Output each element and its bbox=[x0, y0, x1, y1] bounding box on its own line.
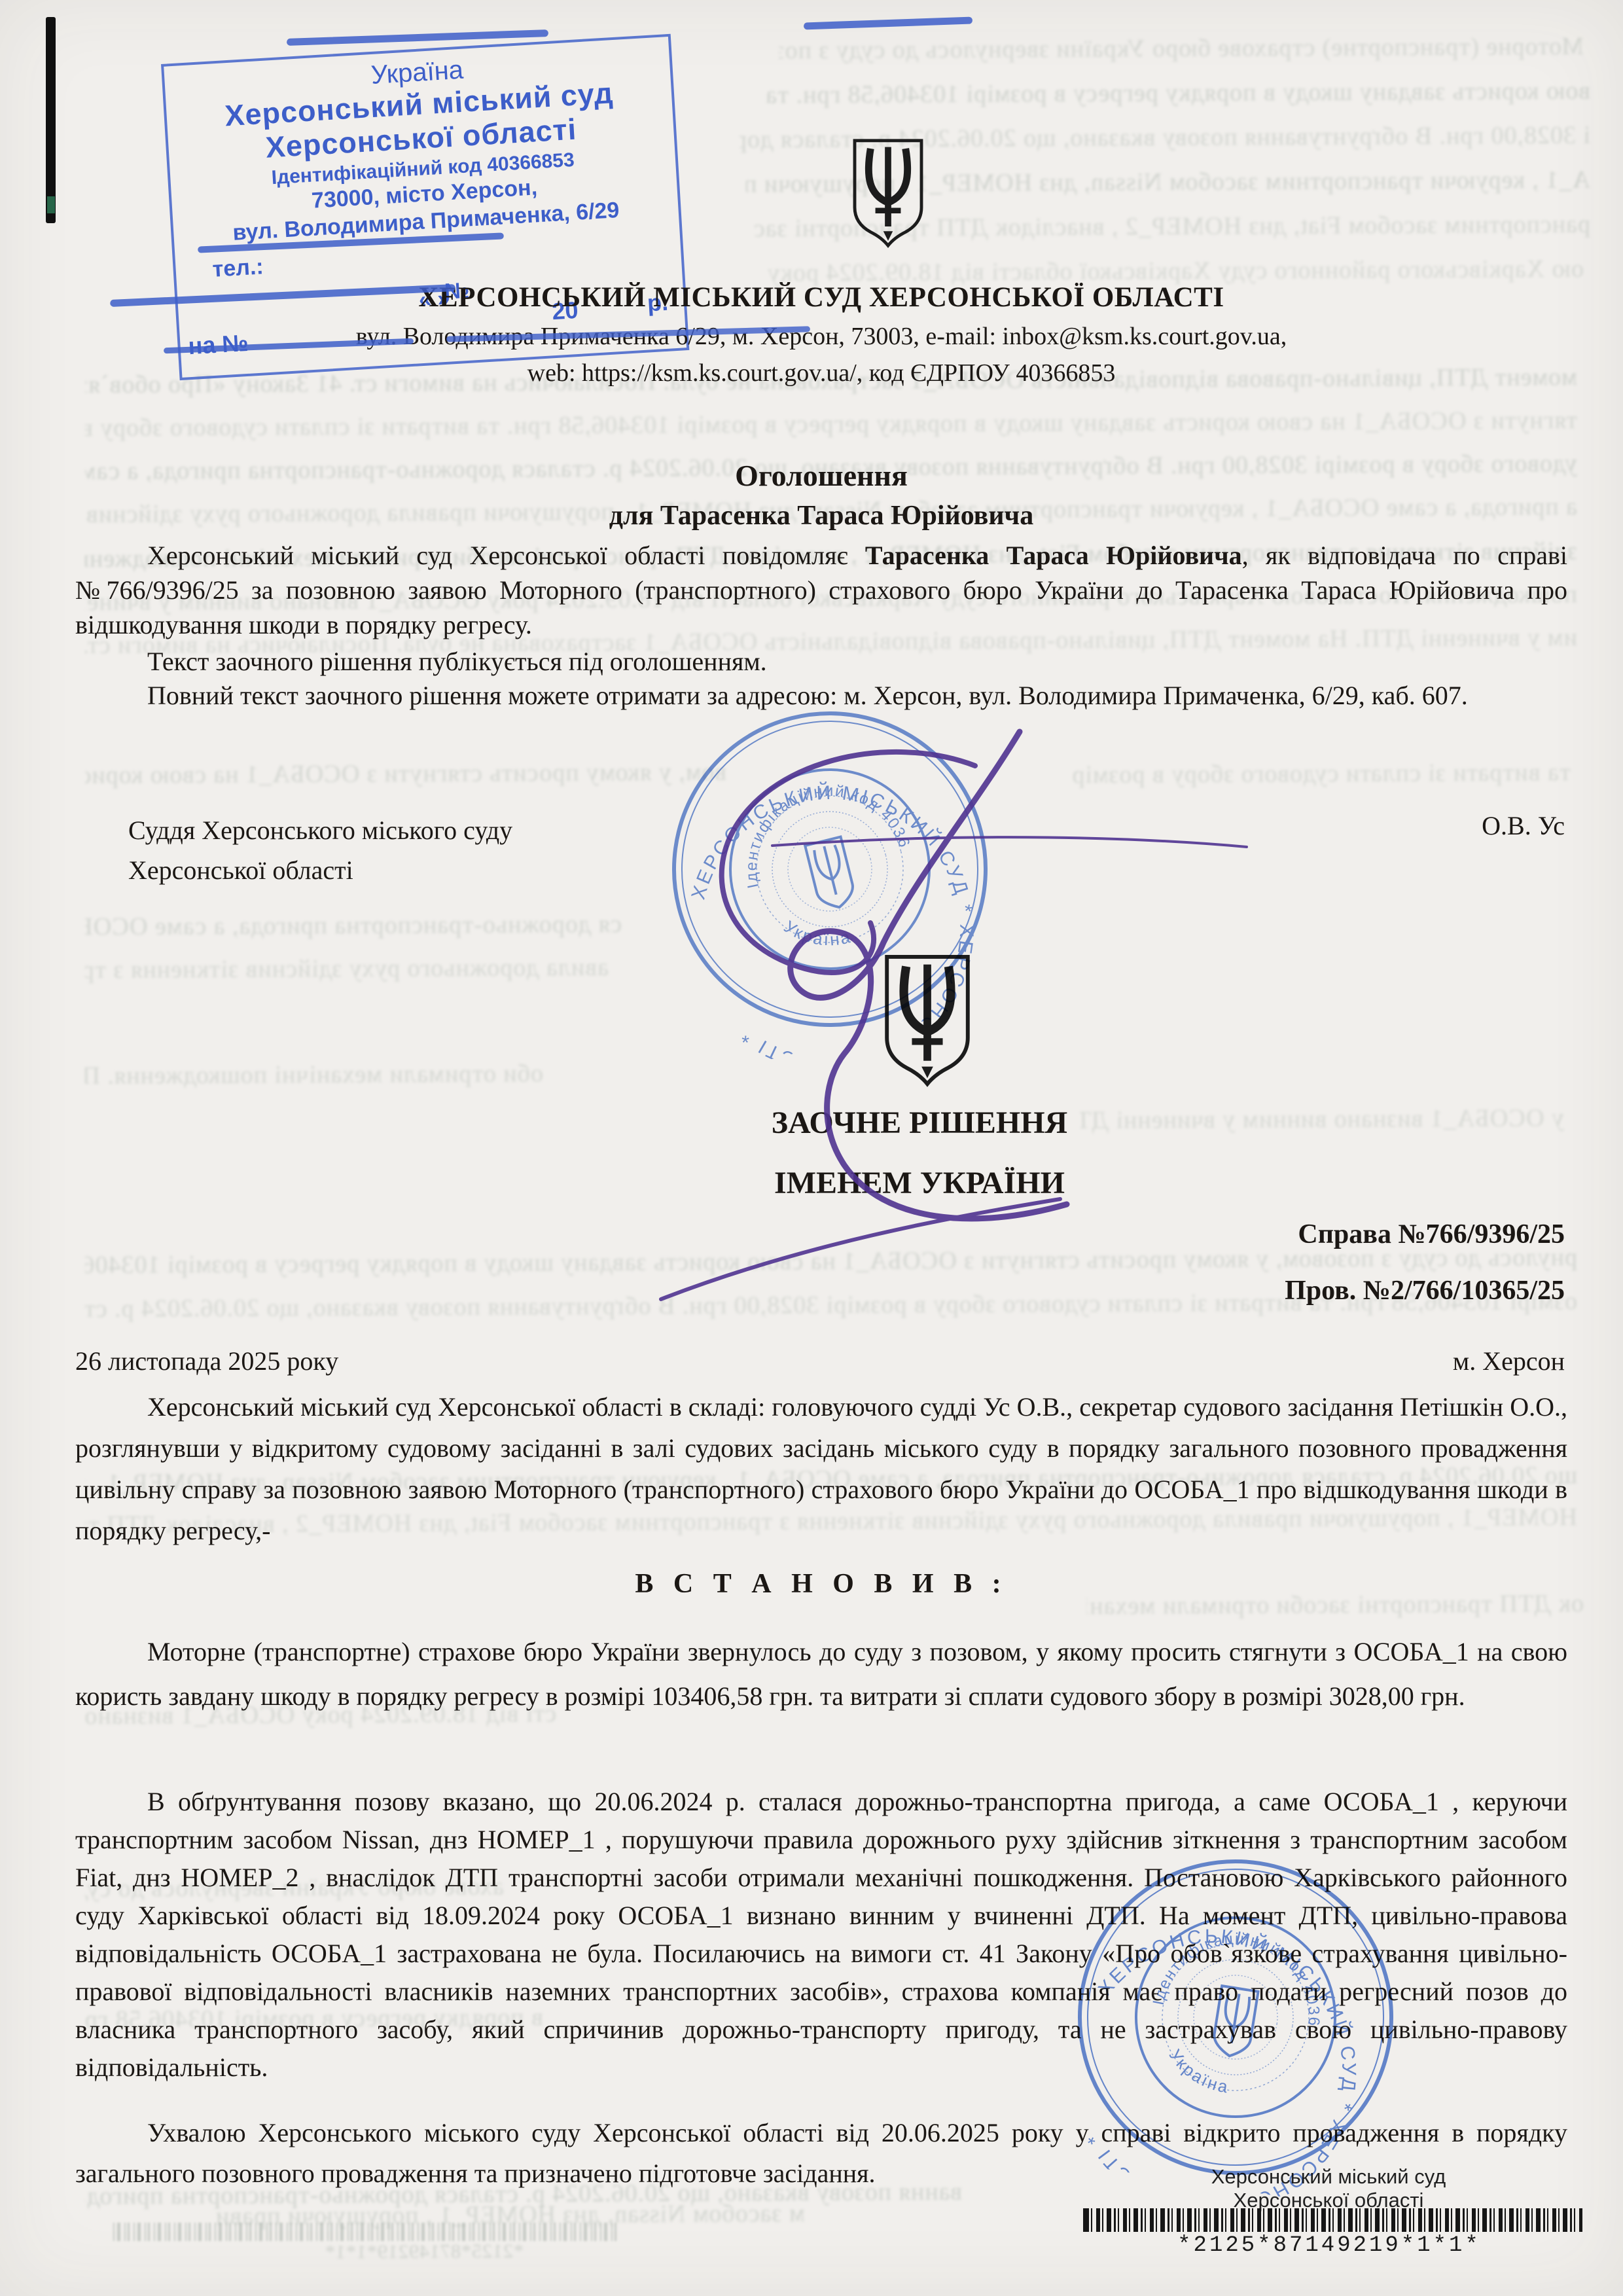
bleed-line: вою користь завдану шкоду в порядку регр… bbox=[759, 77, 1590, 110]
court-header-web: web: https://ksm.ks.court.gov.ua/, код Є… bbox=[75, 359, 1567, 387]
court-round-seal: ХЕРСОНСЬКИЙ МІСЬКИЙ СУД * ХЕРСОНСЬКОЇ ОБ… bbox=[1041, 1823, 1431, 2212]
bleed-line: *2125*87149219*1*1* bbox=[216, 2240, 524, 2264]
announcement-title: Оголошення bbox=[75, 458, 1567, 493]
date-place-row: 26 листопада 2025 року м. Херсон bbox=[75, 1346, 1565, 1376]
ukraine-trident-emblem bbox=[846, 137, 930, 249]
scan-color-artifact bbox=[47, 196, 55, 213]
announcement-body-pre: Херсонський міський суд Херсонської обла… bbox=[147, 541, 865, 570]
document-barcode bbox=[1083, 2208, 1582, 2232]
seal-org-text: ХЕРСОНСЬКИЙ МІСЬКИЙ СУД * ХЕРСОНСЬКОЇ ОБ… bbox=[1061, 1907, 1381, 2212]
decision-paragraph: Моторне (транспортне) страхове бюро Укра… bbox=[75, 1630, 1567, 1719]
bleed-line: авила дорожнього руху здійснив зіткнення… bbox=[85, 953, 609, 984]
bleed-barcode bbox=[113, 2223, 616, 2241]
decision-found-heading: В С Т А Н О В И В : bbox=[75, 1568, 1567, 1600]
decision-place: м. Херсон bbox=[1453, 1346, 1565, 1376]
judge-signature bbox=[609, 707, 1276, 1348]
barcode-digits: *2125*87149219*1*1* bbox=[1083, 2233, 1575, 2258]
announcement-body: Херсонський міський суд Херсонської обла… bbox=[75, 538, 1567, 642]
bleed-line: Моторне (транспортне) страхове бюро Укра… bbox=[779, 32, 1584, 65]
announcement-subtitle: для Тарасенка Тараса Юрійовича bbox=[75, 500, 1567, 531]
scan-edge-artifact bbox=[46, 17, 56, 223]
seal-trident-icon bbox=[1211, 1986, 1258, 2058]
bleed-line: оби отримали механічні пошкодження. Пост… bbox=[85, 1059, 543, 1090]
bleed-line: ся дорожньо-транспортна пригода, а саме … bbox=[85, 910, 622, 941]
bleed-line: тягнути з ОСОБА_1 на свою користь завдан… bbox=[85, 406, 1577, 442]
court-document-page: Моторне (транспортне) страхове бюро Укра… bbox=[0, 0, 1623, 2296]
announcement-note: Текст заочного рішення публікується під … bbox=[75, 644, 1567, 679]
decision-date: 26 листопада 2025 року bbox=[75, 1346, 338, 1376]
decision-intro-paragraph: Херсонський міський суд Херсонської обла… bbox=[75, 1386, 1567, 1551]
announcement-defendant-name: Тарасенка Тараса Юрійовича bbox=[865, 541, 1242, 570]
svg-text:ХЕРСОНСЬКИЙ МІСЬКИЙ СУД * ХЕРС: ХЕРСОНСЬКИЙ МІСЬКИЙ СУД * ХЕРСОНСЬКОЇ ОБ… bbox=[1061, 1907, 1381, 2212]
ink-stroke bbox=[804, 17, 972, 30]
